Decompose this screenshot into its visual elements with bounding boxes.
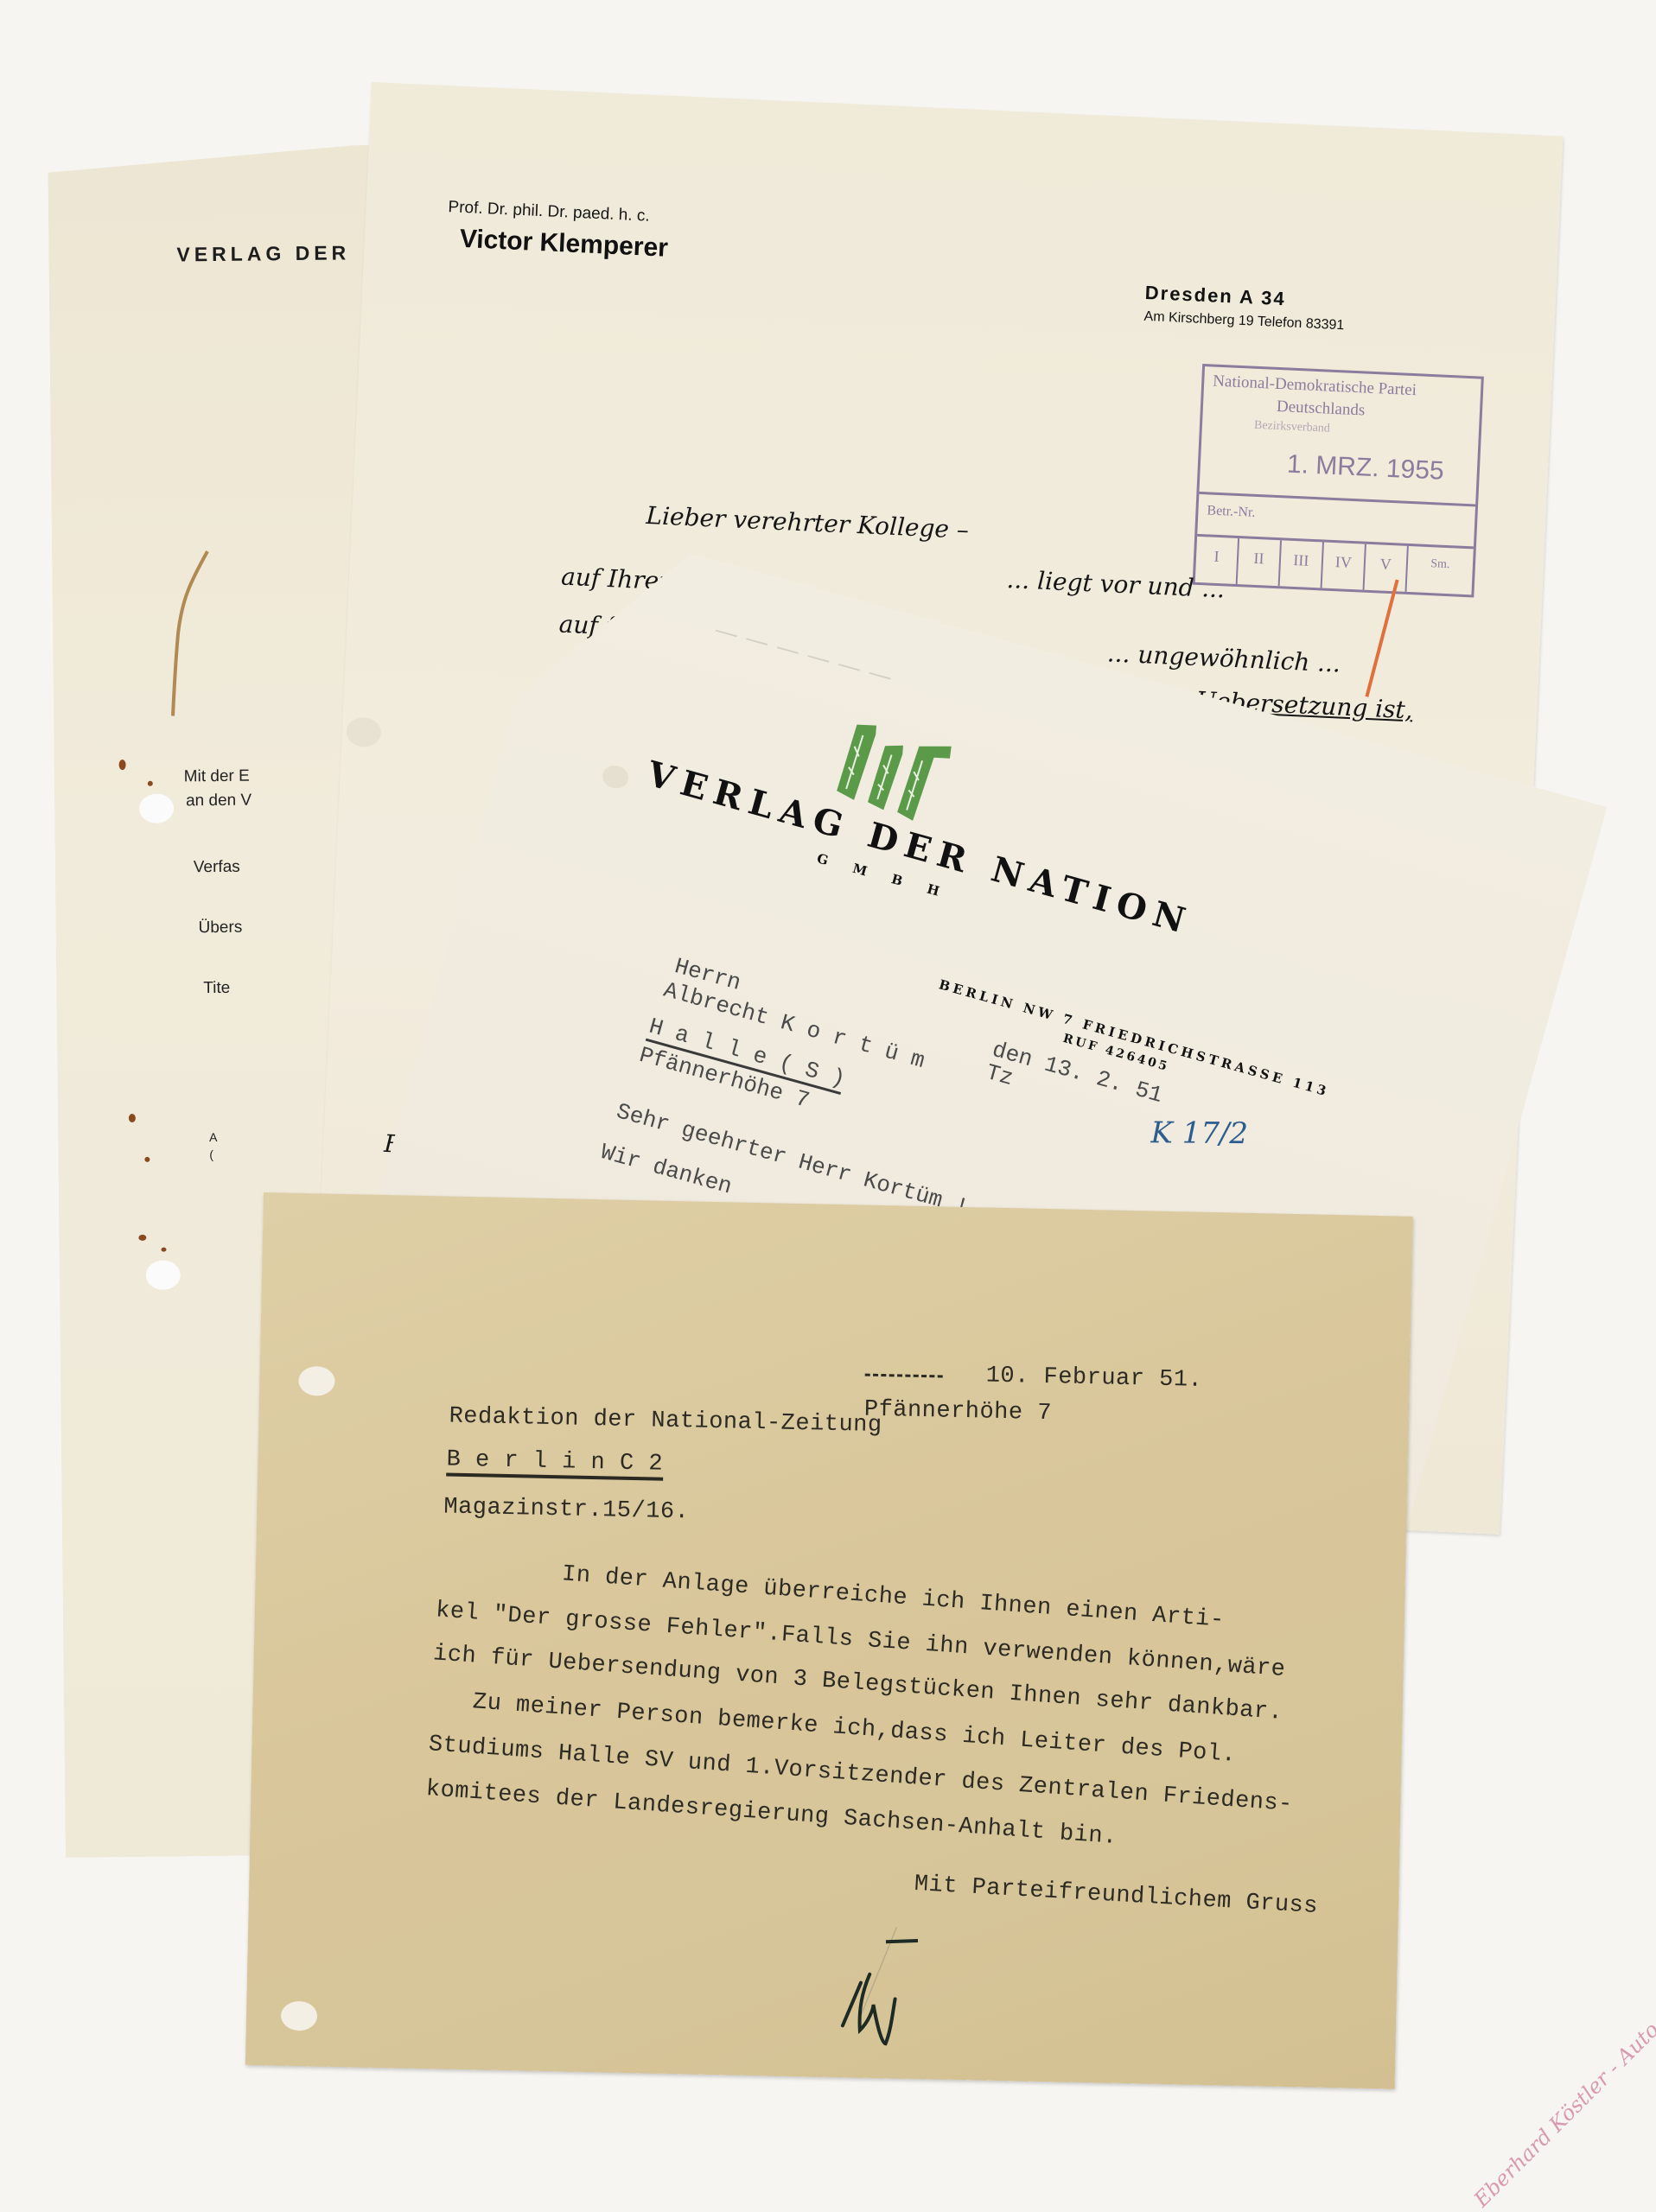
stamp-line: Deutschlands [1277,397,1366,421]
dealer-watermark: Eberhard Köstler - Autographen & Bücher [1469,1879,1656,2212]
stamp-line: Bezirksverband [1254,419,1330,436]
rust-spot [144,1157,150,1162]
recipient-line: Redaktion der National-Zeitung [449,1404,882,1439]
letterhead-city: Dresden A 34 [1144,282,1286,310]
form-line: an den V [186,791,252,811]
typed-letter-sheet: 10. Februar 51. Pfännerhöhe 7 Redaktion … [245,1192,1413,2089]
rust-spot [119,760,126,770]
punch-hole [600,763,631,791]
signature-icon [833,1922,931,2053]
punch-hole [346,716,382,747]
form-line: Tite [203,979,230,998]
stamp-cell: V [1364,544,1408,592]
form-header: VERLAG DER [176,241,350,266]
stain-mark [164,547,218,721]
rust-spot [161,1248,166,1252]
stamp-line: National-Demokratische Partei [1213,372,1417,401]
recipient-city: B e r l i n C 2 [446,1447,663,1481]
letterhead-name: Victor Klemperer [459,225,669,264]
letter-date: 10. Februar 51. [985,1363,1202,1394]
stamp-cell: II [1238,538,1282,586]
stamp-date: 1. MRZ. 1955 [1286,450,1444,486]
sender-street: Pfännerhöhe 7 [864,1397,1053,1427]
stamp-cell: III [1280,540,1324,588]
stamp-cell: Sm. [1406,546,1473,594]
rust-spot [148,781,153,786]
registry-stamp: National-Demokratische Partei Deutschlan… [1193,364,1484,598]
rust-spot [129,1114,136,1122]
form-line: Übers [198,918,242,938]
form-line: ( [209,1147,213,1161]
form-line: A [209,1130,218,1144]
orange-pencil-mark [1365,579,1398,696]
letterhead-title: Prof. Dr. phil. Dr. paed. h. c. [448,198,650,226]
closing-line: Mit Parteifreundlichem Gruss [914,1872,1319,1920]
bleed-through-text: — — — — — — [711,614,896,691]
punch-hole [281,2001,318,2031]
recipient-street: Magazinstr.15/16. [443,1494,690,1525]
punch-hole [146,1260,181,1289]
date-underline [865,1374,943,1378]
rust-spot [138,1235,146,1241]
handwritten-initials: K 17/2 [1150,1116,1248,1151]
handwritten-line-right: ... ungewöhnlich ... [1106,639,1341,677]
punch-hole [298,1366,335,1396]
punch-hole [139,794,174,823]
stamp-cell: IV [1322,543,1366,590]
stamp-ref-label: Betr.-Nr. [1207,503,1256,521]
handwritten-salutation: Lieber verehrter Kollege – [646,501,970,544]
letterhead-address: Am Kirschberg 19 Telefon 83391 [1143,309,1344,334]
form-line: Verfas [194,858,240,878]
form-line: Mit der E [184,767,250,787]
